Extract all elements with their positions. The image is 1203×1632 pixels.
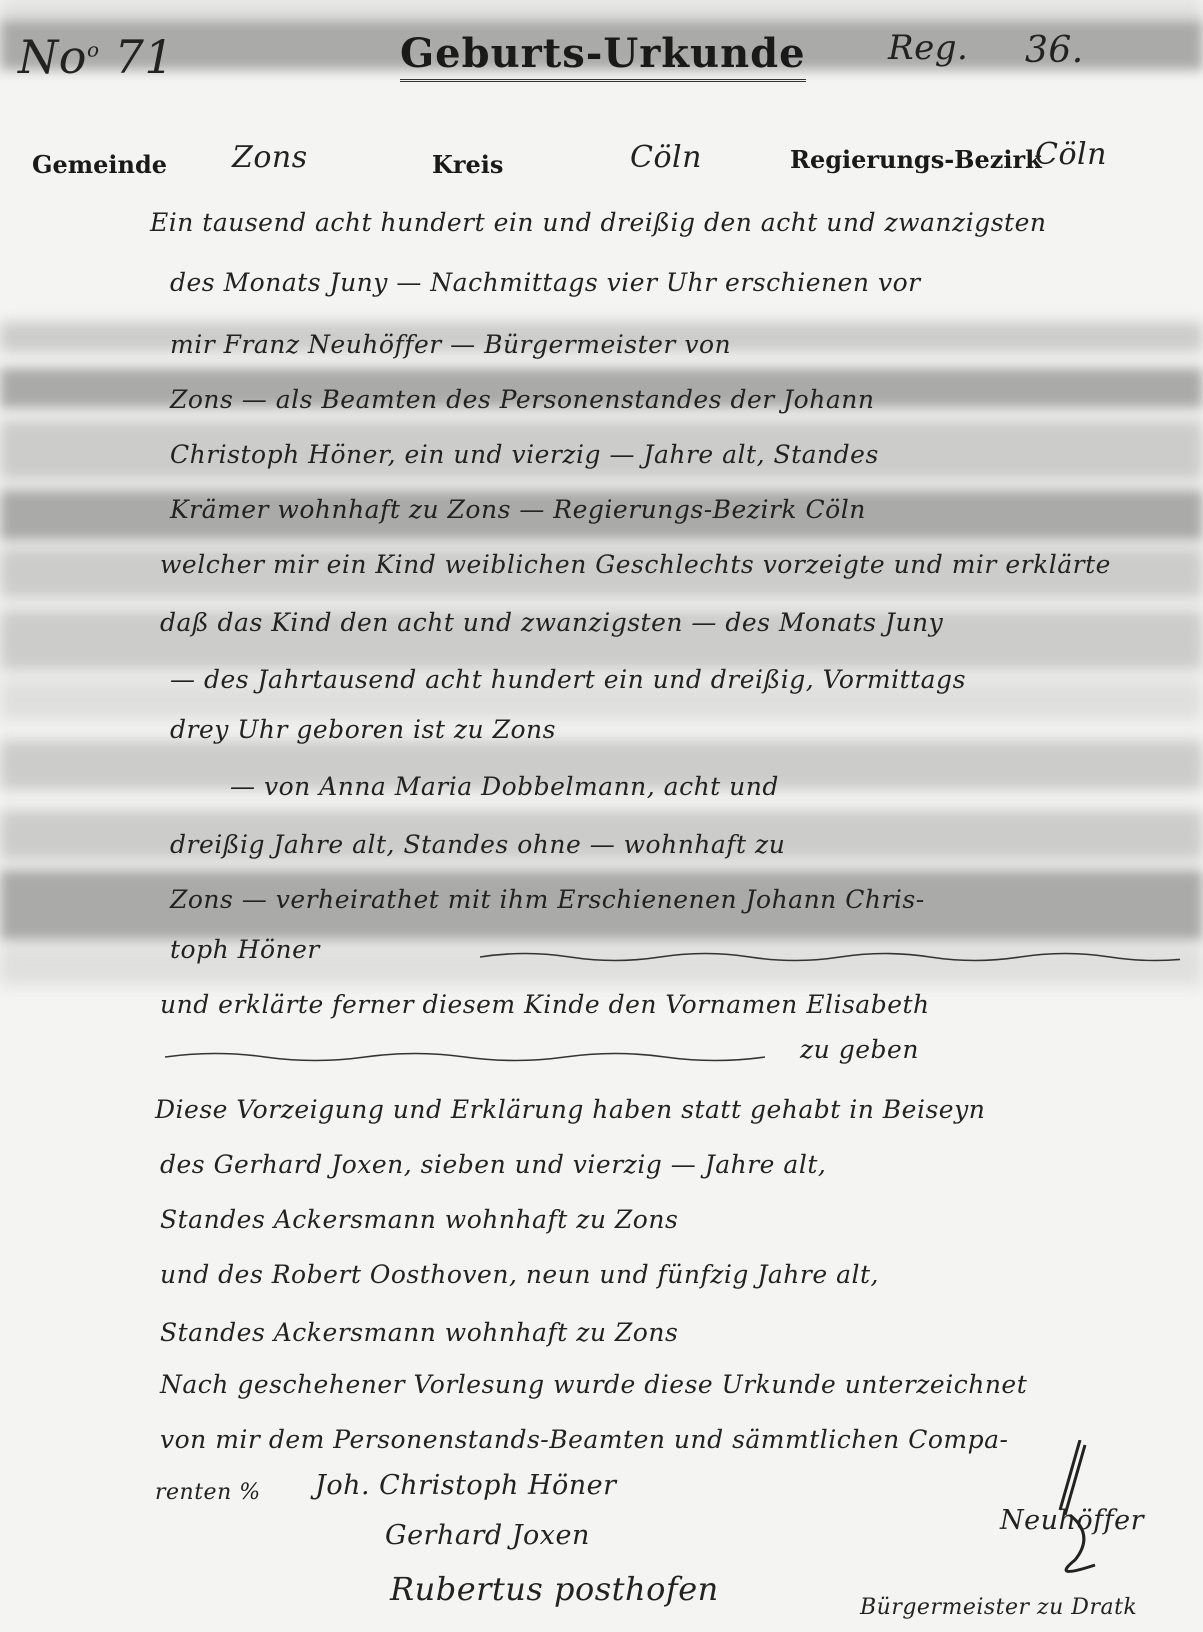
witness-line: renten % (155, 1480, 261, 1505)
body-line: dreißig Jahre alt, Standes ohne — wohnha… (170, 830, 785, 859)
body-line: daß das Kind den acht und zwanzigsten — … (160, 608, 943, 637)
body-line: mir Franz Neuhöffer — Bürgermeister von (170, 330, 731, 359)
number-label: No (18, 30, 87, 84)
signature-father: Joh. Christoph Höner (315, 1470, 617, 1501)
number-value: 71 (115, 30, 175, 84)
certificate-number: Noo 71 (18, 30, 174, 84)
witness-line: Diese Vorzeigung und Erklärung haben sta… (155, 1095, 985, 1124)
register-label: Reg. (888, 28, 968, 68)
signature-flourish (1040, 1440, 1100, 1580)
body-line: — von Anna Maria Dobbelmann, acht und (230, 772, 779, 801)
filler-line (165, 1050, 765, 1064)
body-line: Ein tausend acht hundert ein und dreißig… (150, 208, 1046, 237)
body-line: des Monats Juny — Nachmittags vier Uhr e… (170, 268, 921, 297)
body-line: Krämer wohnhaft zu Zons — Regierungs-Bez… (170, 495, 866, 524)
witness-line: Nach geschehener Vorlesung wurde diese U… (160, 1370, 1027, 1399)
witness-line: von mir dem Personenstands-Beamten und s… (160, 1425, 1008, 1454)
filler-line (480, 950, 1180, 964)
kreis-label: Kreis (432, 150, 503, 179)
signature-witness-1: Gerhard Joxen (385, 1520, 590, 1551)
kreis-value: Cöln (630, 140, 702, 175)
witness-line: Standes Ackersmann wohnhaft zu Zons (160, 1205, 678, 1234)
officer-title: Bürgermeister zu Dratk (860, 1595, 1137, 1620)
body-line: drey Uhr geboren ist zu Zons (170, 715, 556, 744)
signature-witness-2: Rubertus posthofen (390, 1570, 719, 1608)
document-title: Geburts-Urkunde (400, 30, 806, 82)
gemeinde-label: Gemeinde (32, 150, 167, 179)
witness-line: des Gerhard Joxen, sieben und vierzig — … (160, 1150, 826, 1179)
body-line: toph Höner (170, 935, 320, 964)
bezirk-value: Cöln (1035, 137, 1107, 172)
witness-line: und des Robert Oosthoven, neun und fünfz… (160, 1260, 879, 1289)
gemeinde-value: Zons (232, 140, 308, 175)
witness-line: Standes Ackersmann wohnhaft zu Zons (160, 1318, 678, 1347)
body-line: zu geben (800, 1035, 919, 1064)
bezirk-label: Regierungs-Bezirk (790, 145, 1042, 174)
register-page: 36. (1025, 30, 1084, 71)
body-line: und erklärte ferner diesem Kinde den Vor… (160, 990, 930, 1019)
body-line: — des Jahrtausend acht hundert ein und d… (170, 665, 966, 694)
body-line: Zons — als Beamten des Personenstandes d… (170, 385, 874, 414)
body-line: Christoph Höner, ein und vierzig — Jahre… (170, 440, 879, 469)
scan-band (0, 0, 1203, 22)
body-line: welcher mir ein Kind weiblichen Geschlec… (160, 550, 1111, 579)
body-line: Zons — verheirathet mit ihm Erschienenen… (170, 885, 925, 914)
